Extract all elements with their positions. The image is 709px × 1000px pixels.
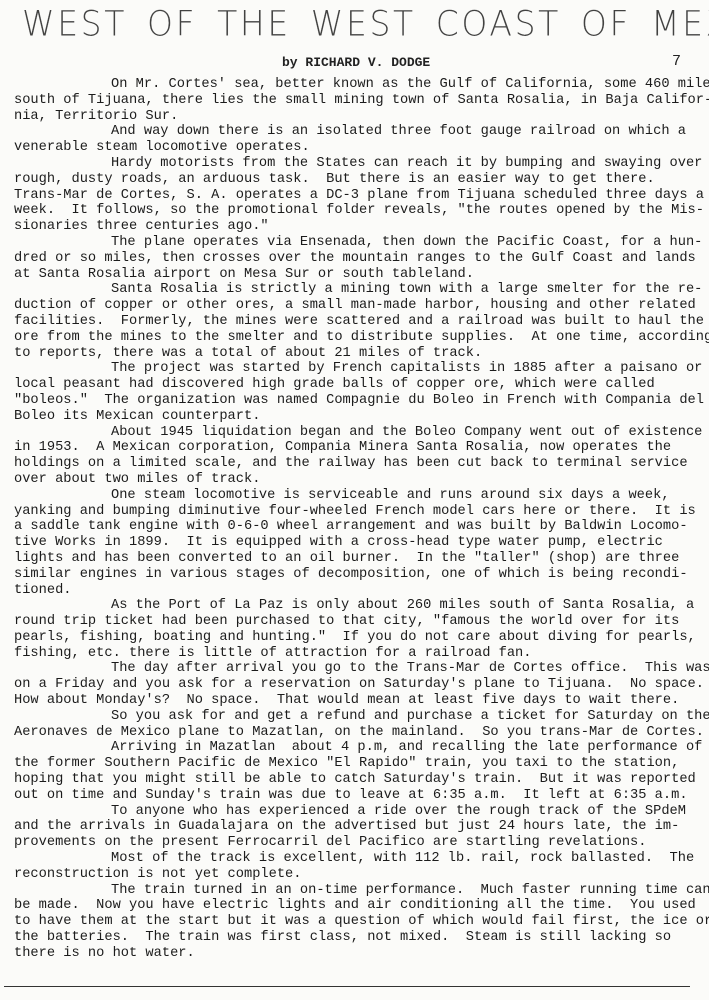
text-line: dred or so miles, then crosses over the …	[14, 251, 704, 267]
text-line: local peasant had discovered high grade …	[14, 377, 704, 393]
text-line: The day after arrival you go to the Tran…	[14, 661, 704, 677]
paragraph: About 1945 liquidation began and the Bol…	[14, 425, 704, 488]
text-line: On Mr. Cortes' sea, better known as the …	[14, 77, 704, 93]
text-line: Santa Rosalia is strictly a mining town …	[14, 282, 704, 298]
title-word: COAST	[436, 3, 561, 44]
text-line: "boleos." The organization was named Com…	[14, 393, 704, 409]
text-line: Most of the track is excellent, with 112…	[14, 851, 704, 867]
text-line: ore from the mines to the smelter and to…	[14, 330, 704, 346]
text-line: hoping that you might still be able to c…	[14, 772, 704, 788]
text-line: over about two miles of track.	[14, 472, 704, 488]
text-line: pearls, fishing, boating and hunting." I…	[14, 630, 704, 646]
page-number: 7	[672, 53, 681, 70]
title-word: OF	[147, 3, 197, 44]
text-line: Hardy motorists from the States can reac…	[14, 156, 704, 172]
text-line: As the Port of La Paz is only about 260 …	[14, 598, 704, 614]
article-body: On Mr. Cortes' sea, better known as the …	[14, 77, 704, 962]
text-line: at Santa Rosalia airport on Mesa Sur or …	[14, 267, 704, 283]
text-line: facilities. Formerly, the mines were sca…	[14, 314, 704, 330]
text-line: About 1945 liquidation began and the Bol…	[14, 425, 704, 441]
text-line: on a Friday and you ask for a reservatio…	[14, 677, 704, 693]
text-line: the batteries. The train was first class…	[14, 930, 704, 946]
text-line: venerable steam locomotive operates.	[14, 140, 704, 156]
title-word: THE	[217, 3, 291, 44]
paragraph: Hardy motorists from the States can reac…	[14, 156, 704, 235]
text-line: the former Southern Pacific de Mexico "E…	[14, 756, 704, 772]
paragraph: The day after arrival you go to the Tran…	[14, 661, 704, 708]
text-line: Arriving in Mazatlan about 4 p.m, and re…	[14, 740, 704, 756]
text-line: holdings on a limited scale, and the rai…	[14, 456, 704, 472]
text-line: fishing, etc. there is little of attract…	[14, 646, 704, 662]
text-line: yanking and bumping diminutive four-whee…	[14, 504, 704, 520]
paragraph: The train turned in an on-time performan…	[14, 883, 704, 962]
paragraph: And way down there is an isolated three …	[14, 124, 704, 156]
byline: by RICHARD V. DODGE	[282, 55, 430, 70]
paragraph: To anyone who has experienced a ride ove…	[14, 804, 704, 851]
text-line: out on time and Sunday's train was due t…	[14, 788, 704, 804]
paragraph: Most of the track is excellent, with 112…	[14, 851, 704, 883]
text-line: nia, Territorio Sur.	[14, 109, 704, 125]
text-line: reconstruction is not yet complete.	[14, 867, 704, 883]
paragraph: So you ask for and get a refund and purc…	[14, 709, 704, 741]
text-line: The project was started by French capita…	[14, 361, 704, 377]
text-line: The plane operates via Ensenada, then do…	[14, 235, 704, 251]
text-line: to have them at the start but it was a q…	[14, 914, 704, 930]
article-title: WESTOFTHEWESTCOASTOFMEXICO	[22, 3, 702, 44]
text-line: And way down there is an isolated three …	[14, 124, 704, 140]
text-line: tioned.	[14, 583, 704, 599]
text-line: Trans-Mar de Cortes, S. A. operates a DC…	[14, 188, 704, 204]
text-line: and the arrivals in Guadalajara on the a…	[14, 819, 704, 835]
text-line: south of Tijuana, there lies the small m…	[14, 93, 704, 109]
end-rule	[4, 986, 690, 987]
text-line: rough, dusty roads, an arduous task. But…	[14, 172, 704, 188]
title-word: OF	[581, 3, 631, 44]
text-line: How about Monday's? No space. That would…	[14, 693, 704, 709]
text-line: tive Works in 1899. It is equipped with …	[14, 535, 704, 551]
text-line: To anyone who has experienced a ride ove…	[14, 804, 704, 820]
paragraph: Arriving in Mazatlan about 4 p.m, and re…	[14, 740, 704, 803]
paragraph: One steam locomotive is serviceable and …	[14, 488, 704, 599]
title-word: WEST	[311, 3, 416, 44]
text-line: One steam locomotive is serviceable and …	[14, 488, 704, 504]
text-line: be made. Now you have electric lights an…	[14, 898, 704, 914]
paragraph: Santa Rosalia is strictly a mining town …	[14, 282, 704, 361]
paragraph: On Mr. Cortes' sea, better known as the …	[14, 77, 704, 124]
text-line: provements on the present Ferrocarril de…	[14, 835, 704, 851]
paragraph: The project was started by French capita…	[14, 361, 704, 424]
text-line: Aeronaves de Mexico plane to Mazatlan, o…	[14, 725, 704, 741]
text-line: there is no hot water.	[14, 946, 704, 962]
text-line: round trip ticket had been purchased to …	[14, 614, 704, 630]
text-line: sionaries three centuries ago."	[14, 219, 704, 235]
text-line: similar engines in various stages of dec…	[14, 567, 704, 583]
text-line: The train turned in an on-time performan…	[14, 883, 704, 899]
paragraph: As the Port of La Paz is only about 260 …	[14, 598, 704, 661]
text-line: a saddle tank engine with 0-6-0 wheel ar…	[14, 519, 704, 535]
text-line: lights and has been converted to an oil …	[14, 551, 704, 567]
text-line: week. It follows, so the promotional fol…	[14, 203, 704, 219]
title-word: MEXICO	[651, 3, 709, 44]
title-word: WEST	[22, 3, 127, 44]
text-line: duction of copper or other ores, a small…	[14, 298, 704, 314]
text-line: to reports, there was a total of about 2…	[14, 346, 704, 362]
text-line: So you ask for and get a refund and purc…	[14, 709, 704, 725]
text-line: in 1953. A Mexican corporation, Compania…	[14, 440, 704, 456]
text-line: Boleo its Mexican counterpart.	[14, 409, 704, 425]
paragraph: The plane operates via Ensenada, then do…	[14, 235, 704, 282]
